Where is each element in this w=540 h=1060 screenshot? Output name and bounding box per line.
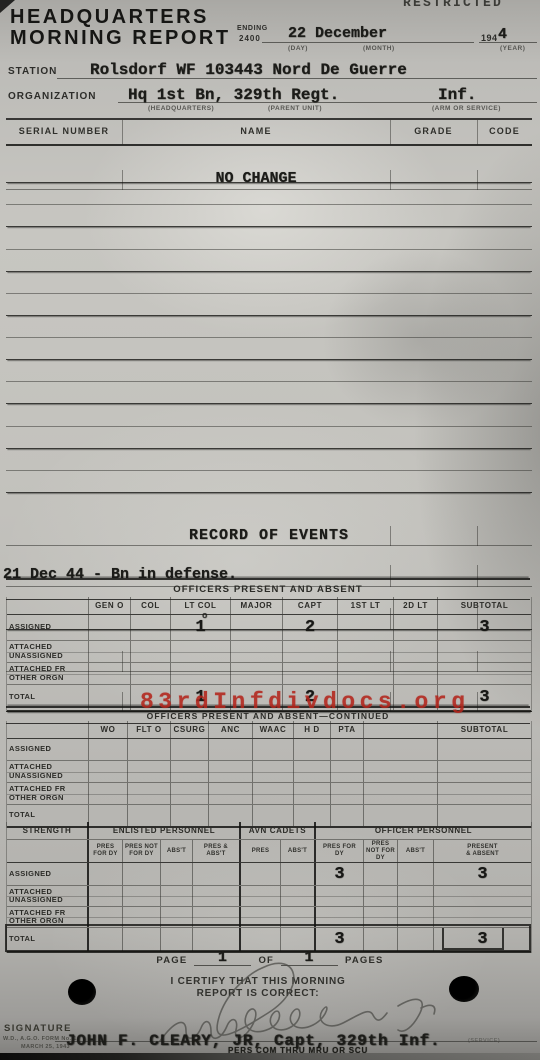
cell-text: SUBTOTAL [461, 725, 509, 734]
cell-text: ATTACHED UNASSIGNED [9, 763, 88, 780]
value-cell [89, 783, 128, 804]
subcolumn-header: PRES & ABS'T [193, 840, 241, 862]
cell-text: TOTAL [9, 693, 35, 702]
value-cell [193, 886, 241, 906]
row-label: ASSIGNED [7, 615, 89, 640]
cell-text: 3 [477, 865, 487, 884]
cell-text: ASSIGNED [9, 745, 51, 754]
column-header: SUBTOTAL [438, 597, 531, 614]
table-cell [7, 721, 89, 738]
value-cell [123, 886, 161, 906]
blank-row [6, 294, 532, 316]
blank-row [6, 205, 532, 227]
year-sublabel: (YEAR) [500, 45, 525, 52]
cell-text: PRES FOR DY [89, 844, 122, 858]
table-cell [7, 597, 89, 614]
cell-text: ATTACHED UNASSIGNED [9, 888, 87, 905]
morning-report-scan: RESTRICTED HEADQUARTERS MORNING REPORT E… [0, 0, 540, 1060]
column-header: 2D LT [394, 597, 438, 614]
value-cell [89, 863, 123, 885]
value-cell [281, 863, 316, 885]
table-row: ASSIGNED33 [7, 863, 531, 886]
subcolumn-header: ABS'T [161, 840, 193, 862]
subcolumn-header: PRES [241, 840, 281, 862]
value-cell [209, 783, 253, 804]
column-code: CODE [477, 126, 532, 136]
column-header: FLT O [128, 721, 171, 738]
record-of-events-header: RECORD OF EVENTS [6, 526, 532, 546]
blank-row [6, 382, 532, 404]
subcolumn-header: ABS'T [281, 840, 316, 862]
value-cell [131, 663, 171, 684]
group-header: OFFICER PERSONNEL [316, 822, 531, 839]
column-header: MAJOR [231, 597, 283, 614]
cell-text: MAJOR [241, 601, 273, 610]
cell-text: H D [304, 725, 320, 734]
value-cell [364, 863, 398, 885]
value-cell [281, 886, 316, 906]
table-row: ASSIGNED123 [7, 615, 531, 641]
cell-text: TOTAL [9, 811, 35, 820]
cell-text: PRES NOT FOR DY [124, 844, 160, 858]
value-cell: 3 [434, 863, 531, 885]
value-cell [394, 641, 438, 662]
value-cell [89, 739, 128, 760]
value-cell [398, 886, 434, 906]
cell-text: ATTACHED FR OTHER ORGN [9, 785, 88, 802]
table-row: ATTACHED UNASSIGNED [7, 886, 531, 907]
value-cell [161, 886, 193, 906]
pages-total: 1 [281, 951, 338, 966]
hole-punch-left [68, 979, 96, 1005]
headquarters-sublabel: (HEADQUARTERS) [148, 105, 214, 112]
column-grade: GRADE [390, 126, 477, 136]
blank-row [6, 449, 532, 471]
cell-text: WO [101, 725, 116, 734]
row-label: ATTACHED UNASSIGNED [7, 641, 89, 662]
certify-statement: I CERTIFY THAT THIS MORNING REPORT IS CO… [128, 976, 388, 999]
column-header: COL [131, 597, 171, 614]
organization-underline [118, 102, 537, 103]
blank-row [6, 227, 532, 249]
subcolumn-header: PRES NOT FOR DY [123, 840, 161, 862]
report-title-line1: HEADQUARTERS [10, 6, 209, 29]
value-cell [171, 761, 209, 782]
cell-text: LT COL [185, 601, 217, 610]
watermark: 83rdInfdivdocs.org [140, 689, 469, 715]
blank-row [6, 338, 532, 360]
station-label: STATION [8, 66, 57, 77]
table-cell [7, 840, 89, 862]
value-cell [209, 761, 253, 782]
table-row: ATTACHED UNASSIGNED [7, 761, 531, 783]
value-cell [398, 863, 434, 885]
value-cell [394, 615, 438, 640]
subcolumn-header: PRES NOT FOR DY [364, 840, 398, 862]
value-cell: 3 [438, 615, 531, 640]
year-typed-field: 4 [498, 26, 507, 43]
column-header: SUBTOTAL [438, 721, 531, 738]
row-label: ATTACHED UNASSIGNED [7, 886, 89, 906]
parent-unit-sublabel: (PARENT UNIT) [268, 105, 322, 112]
value-cell [131, 615, 171, 640]
hole-punch-right [449, 976, 479, 1002]
table-row: ATTACHED UNASSIGNED [7, 641, 531, 663]
row-label: ATTACHED FR OTHER ORGN [7, 783, 89, 804]
value-cell [89, 663, 131, 684]
value-cell [364, 886, 398, 906]
value-cell [283, 663, 338, 684]
certify-line1: I CERTIFY THAT THIS MORNING [128, 976, 388, 988]
name-table-header: SERIAL NUMBER NAME GRADE CODE [6, 118, 532, 146]
cell-text: 3 [479, 688, 489, 707]
cell-text: 1ST LT [351, 601, 381, 610]
cell-text: PRES [252, 848, 270, 855]
value-cell [294, 739, 331, 760]
cell-text: PRESENT & ABSENT [465, 844, 501, 858]
value-cell [128, 739, 171, 760]
value-cell [331, 783, 364, 804]
value-cell [438, 663, 531, 684]
strength-table: STRENGTHENLISTED PERSONNELAVN CADETSOFFI… [6, 822, 532, 953]
value-cell [364, 761, 438, 782]
value-cell [253, 783, 294, 804]
page-number: 1 [194, 951, 251, 966]
value-cell [253, 761, 294, 782]
value-cell [331, 761, 364, 782]
blank-row [6, 161, 532, 183]
cell-text: GEN O [95, 601, 124, 610]
column-header: PTA [331, 721, 364, 738]
value-cell [209, 739, 253, 760]
service-sublabel: (SERVICE) [468, 1038, 500, 1044]
cell-text: ATTACHED UNASSIGNED [9, 643, 88, 660]
value-cell [331, 739, 364, 760]
form-date: MARCH 25, 1943 [21, 1044, 70, 1050]
cell-text: ASSIGNED [9, 623, 51, 632]
table-row: ATTACHED FR OTHER ORGN [7, 783, 531, 805]
value-cell: 3 [434, 928, 531, 951]
value-cell [438, 641, 531, 662]
cell-text: ASSIGNED [9, 870, 51, 879]
value-cell [253, 739, 294, 760]
column-header: GEN O [89, 597, 131, 614]
cell-text: PRES FOR DY [322, 844, 358, 858]
value-cell [231, 663, 283, 684]
cell-text: 1 [195, 618, 205, 637]
organization-label: ORGANIZATION [8, 91, 96, 102]
table-row: TOTAL33 [7, 928, 531, 953]
value-cell [438, 761, 531, 782]
report-title-line2: MORNING REPORT [10, 27, 231, 50]
column-serial-number: SERIAL NUMBER [6, 126, 122, 136]
date-underline [262, 42, 474, 43]
cell-text: CAPT [298, 601, 322, 610]
value-cell [294, 761, 331, 782]
table-row: ATTACHED FR OTHER ORGN [7, 663, 531, 685]
page-indicator: PAGE 1 OF 1 PAGES [0, 951, 540, 966]
day-sublabel: (DAY) [288, 45, 308, 52]
column-header: H D [294, 721, 331, 738]
ending-label: ENDING [237, 25, 268, 32]
column-header: CAPT [283, 597, 338, 614]
value-cell [364, 739, 438, 760]
blank-row [6, 272, 532, 294]
row-label: ATTACHED FR OTHER ORGN [7, 663, 89, 684]
value-cell [89, 615, 131, 640]
group-header: ENLISTED PERSONNEL [89, 822, 241, 839]
row-label: ASSIGNED [7, 739, 89, 760]
table-row: PRES FOR DYPRES NOT FOR DYABS'TPRES & AB… [7, 840, 531, 863]
value-cell [193, 863, 241, 885]
cell-text: FLT O [136, 725, 162, 734]
value-cell [231, 615, 283, 640]
name-table-blank-rows [6, 161, 532, 478]
cell-text: ENLISTED PERSONNEL [113, 826, 215, 835]
cell-text: SUBTOTAL [461, 601, 509, 610]
cell-text: 2D LT [403, 601, 428, 610]
subcolumn-header: PRES FOR DY [89, 840, 123, 862]
report-date-field: 22 December [288, 25, 387, 42]
value-cell [294, 783, 331, 804]
column-header [364, 721, 438, 738]
cell-text: PTA [338, 725, 355, 734]
station-field: Rolsdorf WF 103443 Nord De Guerre [90, 61, 407, 79]
blank-row [6, 404, 532, 426]
table-row: ASSIGNED [7, 739, 531, 761]
blank-row [6, 427, 532, 449]
blank-row [6, 316, 532, 338]
subcolumn-header: PRES FOR DY [316, 840, 364, 862]
value-cell [316, 886, 364, 906]
blank-row [6, 183, 532, 205]
officers-continued-table: WOFLT OCSURGANCWAACH DPTASUBTOTALASSIGNE… [6, 721, 532, 828]
value-cell [283, 641, 338, 662]
cell-text: STRENGTH [23, 826, 72, 835]
pages-label: PAGES [345, 955, 384, 966]
value-cell [434, 886, 531, 906]
subcolumn-header: PRESENT & ABSENT [434, 840, 531, 862]
month-sublabel: (MONTH) [363, 45, 395, 52]
value-cell [89, 641, 131, 662]
cell-text: COL [141, 601, 160, 610]
row-label: ASSIGNED [7, 863, 89, 885]
value-cell: 3 [316, 863, 364, 885]
value-cell: 2 [283, 615, 338, 640]
value-cell [338, 615, 394, 640]
cell-text: OFFICER PERSONNEL [375, 826, 472, 835]
cell-text: PRES NOT FOR DY [364, 841, 397, 862]
table-row: STRENGTHENLISTED PERSONNELAVN CADETSOFFI… [7, 822, 531, 840]
value-cell [131, 641, 171, 662]
column-header: WAAC [253, 721, 294, 738]
signature-label: SIGNATURE [4, 1023, 72, 1034]
value-cell [89, 886, 123, 906]
station-underline [57, 78, 537, 79]
value-cell [193, 928, 241, 951]
value-cell [171, 783, 209, 804]
photo-bottom-edge [0, 1053, 540, 1060]
column-header: LT COL [171, 597, 231, 614]
value-cell [123, 863, 161, 885]
column-header: 1ST LT [338, 597, 394, 614]
year-underline [479, 42, 537, 43]
corner-header: STRENGTH [7, 822, 89, 839]
table-row: GEN OCOLLT COLMAJORCAPT1ST LT2D LTSUBTOT… [7, 597, 531, 615]
cell-text: AVN CADETS [249, 826, 306, 835]
ending-time: 2400 [239, 34, 261, 43]
blank-row [6, 360, 532, 382]
blank-row [6, 250, 532, 272]
cell-text: ABS'T [167, 848, 186, 855]
value-cell [438, 739, 531, 760]
value-cell [394, 663, 438, 684]
table-row: WOFLT OCSURGANCWAACH DPTASUBTOTAL [7, 721, 531, 739]
cell-text: 3 [334, 865, 344, 884]
value-cell [338, 663, 394, 684]
cell-text: 2 [305, 618, 315, 637]
value-cell [241, 863, 281, 885]
classification-stamp: RESTRICTED [403, 0, 503, 10]
value-cell [89, 761, 128, 782]
of-label: OF [258, 955, 274, 966]
subcolumn-header: ABS'T [398, 840, 434, 862]
cell-text: ATTACHED FR OTHER ORGN [9, 665, 88, 682]
column-header: WO [89, 721, 128, 738]
blank-row [6, 471, 532, 493]
value-cell [128, 783, 171, 804]
group-header: AVN CADETS [241, 822, 316, 839]
cell-text: ANC [221, 725, 240, 734]
value-cell [128, 761, 171, 782]
value-cell [438, 783, 531, 804]
cell-text: WAAC [260, 725, 287, 734]
arm-service-sublabel: (ARM OR SERVICE) [432, 105, 501, 112]
certify-line2: REPORT IS CORRECT: [128, 988, 388, 1000]
cell-text: ABS'T [406, 848, 425, 855]
page-label: PAGE [156, 955, 187, 966]
value-cell [338, 641, 394, 662]
cell-text: 3 [479, 618, 489, 637]
value-cell [241, 886, 281, 906]
record-of-events-title: RECORD OF EVENTS [6, 527, 532, 544]
cell-text: ATTACHED FR OTHER ORGN [9, 909, 87, 926]
value-cell [171, 663, 231, 684]
cell-text: PRES & ABS'T [198, 844, 234, 858]
column-header: CSURG [171, 721, 209, 738]
value-cell: 1 [171, 615, 231, 640]
row-label: ATTACHED UNASSIGNED [7, 761, 89, 782]
cell-text: 3 [477, 930, 487, 949]
value-cell [231, 641, 283, 662]
value-cell [364, 783, 438, 804]
value-cell [161, 863, 193, 885]
value-cell [171, 739, 209, 760]
column-name: NAME [122, 126, 390, 136]
cell-text: CSURG [174, 725, 206, 734]
column-header: ANC [209, 721, 253, 738]
value-cell [171, 641, 231, 662]
cell-text: ABS'T [288, 848, 307, 855]
